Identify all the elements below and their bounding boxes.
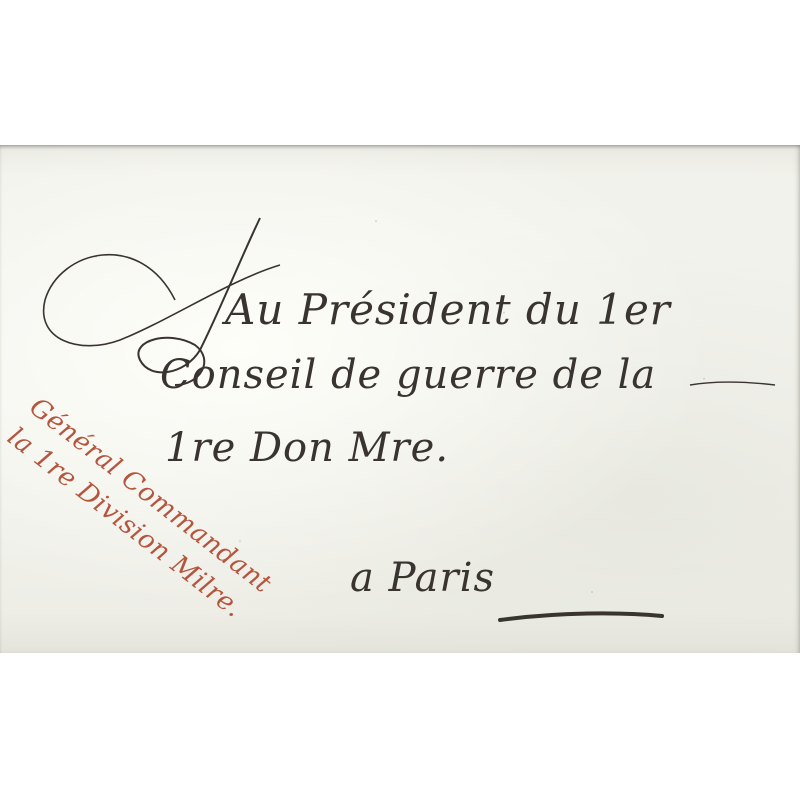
address-line-3: 1re Don Mre. bbox=[165, 425, 449, 471]
address-line-2: Conseil de guerre de la bbox=[160, 352, 656, 398]
address-line-1: Au Président du 1er bbox=[225, 285, 671, 334]
address-line-4: a Paris bbox=[350, 555, 495, 601]
